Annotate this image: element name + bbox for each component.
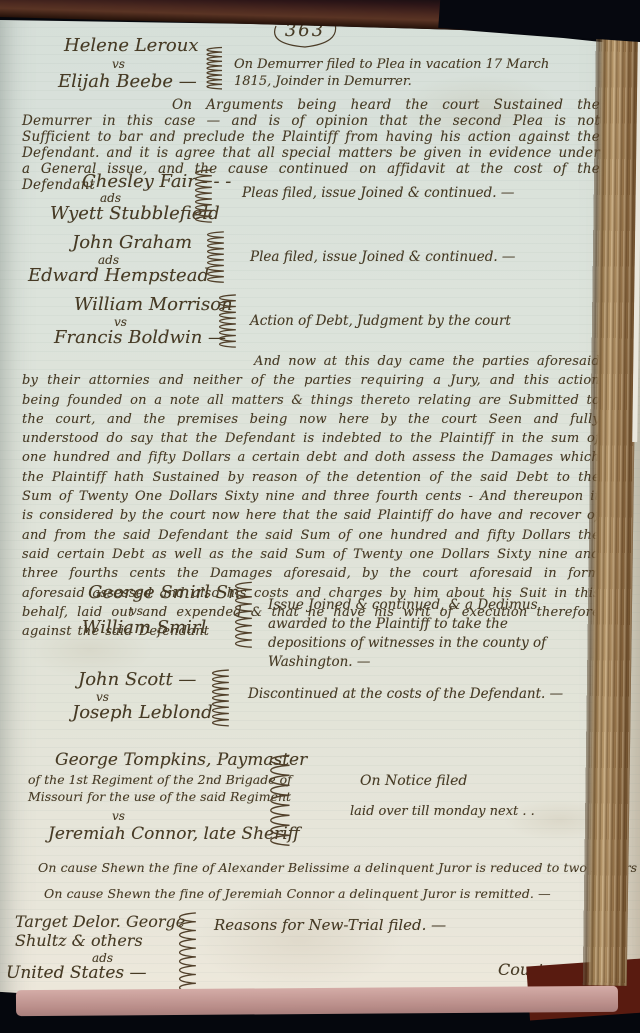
party-plaintiff-detail: of the 1st Regiment of the 2nd Brigade o… (28, 771, 298, 805)
party-defendant: William Smirl (82, 618, 206, 638)
party-plaintiff: John Graham (72, 233, 192, 253)
party-defendant: Edward Hempstead (28, 266, 209, 286)
clerk-note: Discontinued at the costs of the Defenda… (248, 685, 608, 704)
party-defendant-group: Target Delor. George Shultz & others (15, 912, 190, 950)
party-plaintiff: United States — (6, 963, 147, 983)
brace-flourish-icon (172, 910, 198, 998)
party-plaintiff: John Scott — (78, 670, 196, 690)
clerk-note: On Demurrer filed to Plea in vacation 17… (234, 56, 584, 90)
party-defendant: Elijah Beebe — (58, 72, 197, 92)
party-defendant: Francis Boldwin — (54, 328, 226, 348)
brace-flourish-icon (262, 752, 292, 852)
clerk-note: Plea filed, issue Joined & continued. — (250, 248, 590, 267)
party-plaintiff: Helene Leroux (64, 36, 199, 56)
clerk-note-second: laid over till monday next . . (350, 802, 590, 821)
party-defendant: Joseph Leblond (72, 703, 213, 723)
brace-flourish-icon (212, 293, 238, 351)
versus-label: vs (130, 605, 143, 617)
brace-flourish-icon (228, 580, 254, 652)
clerk-note: Action of Debt, Judgment by the court (250, 312, 580, 331)
clerk-note: Pleas filed, issue Joined & continued. — (242, 184, 582, 203)
court-ruling: On cause Shewn the fine of Alexander Bel… (38, 860, 637, 875)
brace-flourish-icon (200, 230, 226, 286)
clerk-note: Reasons for New-Trial filed. — (214, 916, 544, 935)
photo-background: 363 Helene Leroux vs Elijah Beebe — On D… (0, 0, 640, 1033)
versus-label: vs (112, 810, 125, 822)
party-plaintiff: William Morrison (74, 295, 233, 315)
ledger-page: 363 Helene Leroux vs Elijah Beebe — On D… (0, 0, 640, 1010)
party-plaintiff: George Smirl Sr. (88, 583, 240, 603)
brace-flourish-icon (200, 46, 224, 92)
clerk-note: Issue Joined & continued, & a Dedimus aw… (268, 596, 578, 672)
brace-flourish-icon (205, 668, 231, 730)
brace-flourish-icon (188, 168, 214, 226)
book-cloth-edge (16, 986, 618, 1016)
versus-label: vs (112, 58, 125, 70)
clerk-note: On Notice filed (360, 772, 580, 791)
court-ruling: On cause Shewn the fine of Jeremiah Conn… (44, 886, 551, 901)
